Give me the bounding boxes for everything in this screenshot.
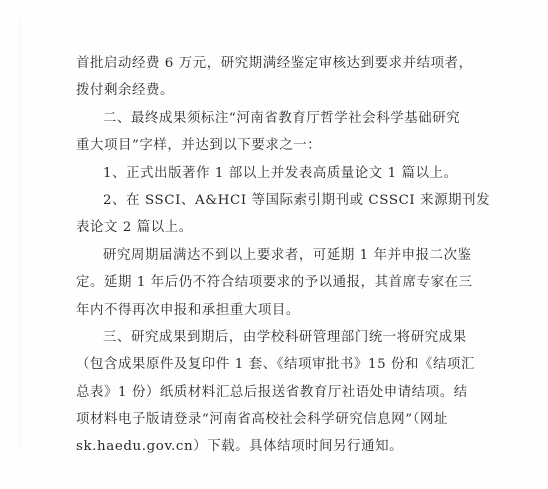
text-line: 表论文 2 篇以上。 <box>76 214 440 241</box>
text-line: 重大项目”字样，并达到以下要求之一： <box>76 132 440 159</box>
document-body: 首批启动经费 6 万元，研究期满经鉴定审核达到要求并结项者，拨付剩余经费。二、最… <box>76 50 440 461</box>
text-line: 2、在 SSCI、A&HCI 等国际索引期刊或 CSSCI 来源期刊发 <box>76 187 440 214</box>
text-line: sk.haedu.gov.cn）下载。具体结项时间另行通知。 <box>76 433 440 460</box>
text-line: 首批启动经费 6 万元，研究期满经鉴定审核达到要求并结项者， <box>76 50 440 77</box>
text-line: 1、正式出版著作 1 部以上并发表高质量论文 1 篇以上。 <box>76 160 440 187</box>
text-line: 项材料电子版请登录“河南省高校社会科学研究信息网”（网址 <box>76 406 440 433</box>
scan-edge <box>20 20 21 450</box>
text-line: 二、最终成果须标注“河南省教育厅哲学社会科学基础研究 <box>76 105 440 132</box>
text-line: 三、研究成果到期后，由学校科研管理部门统一将研究成果 <box>76 324 440 351</box>
text-line: 研究周期届满达不到以上要求者，可延期 1 年并申报二次鉴 <box>76 242 440 269</box>
document-page: 首批启动经费 6 万元，研究期满经鉴定审核达到要求并结项者，拨付剩余经费。二、最… <box>0 0 548 489</box>
text-line: 总表》1 份）纸质材料汇总后报送省教育厅社语处申请结项。结 <box>76 379 440 406</box>
text-line: 拨付剩余经费。 <box>76 77 440 104</box>
text-line: （包含成果原件及复印件 1 套、《结项审批书》15 份和《结项汇 <box>76 351 440 378</box>
text-line: 年内不得再次申报和承担重大项目。 <box>76 297 440 324</box>
text-line: 定。延期 1 年后仍不符合结项要求的予以通报，其首席专家在三 <box>76 269 440 296</box>
